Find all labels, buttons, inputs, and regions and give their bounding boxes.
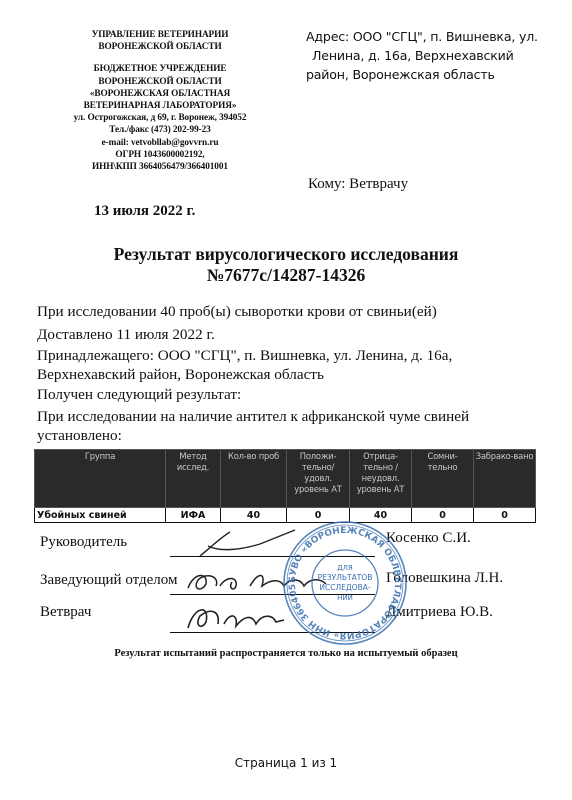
org-ogrn: ОГРН 1043600002192, — [40, 149, 280, 161]
org-phone: Тел./факс (473) 202-99-23 — [40, 124, 280, 136]
org-line: БЮДЖЕТНОЕ УЧРЕЖДЕНИЕ — [40, 63, 280, 75]
body-owner-cont: Верхнехавский район, Воронежская область — [37, 365, 557, 384]
recipient-address: Адрес: ООО "СГЦ", п. Вишневка, ул. Ленин… — [306, 27, 556, 84]
cell-count: 40 — [221, 508, 287, 523]
signature-scribble-vet-icon — [180, 600, 290, 634]
document-body: При исследовании 40 проб(ы) сыворотки кр… — [37, 301, 557, 445]
stamp-inner-line: РЕЗУЛЬТАТОВ — [318, 573, 373, 582]
col-header-group: Группа — [35, 450, 166, 508]
stamp-inner-line: ДЛЯ — [337, 564, 353, 572]
col-header-count: Кол-во проб — [221, 450, 287, 508]
address-line: Адрес: ООО "СГЦ", п. Вишневка, ул. — [306, 27, 556, 46]
body-owner: Принадлежащего: ООО "СГЦ", п. Вишневка, … — [37, 346, 557, 365]
cell-rejected: 0 — [474, 508, 536, 523]
table-header-row: Группа Метод исслед. Кол-во проб Положи-… — [35, 450, 536, 508]
org-line: УПРАВЛЕНИЕ ВЕТЕРИНАРИИ — [40, 29, 280, 41]
org-line: ВОРОНЕЖСКОЙ ОБЛАСТИ — [40, 76, 280, 88]
address-line: район, Воронежская область — [306, 65, 556, 84]
col-header-rejected: Забрако-вано — [474, 450, 536, 508]
stamp-inner-line: ИССЛЕДОВА- — [319, 583, 371, 592]
address-line: Ленина, д. 16а, Верхнехавский — [306, 46, 556, 65]
official-stamp-icon: БУВО «ВОРОНЕЖСКАЯ ОБЛВЕТЛАБОРАТОРИЯ» ИНН… — [282, 520, 408, 646]
cell-doubtful: 0 — [412, 508, 474, 523]
body-result-intro: Получен следующий результат: — [37, 384, 557, 407]
title-line: Результат вирусологического исследования — [0, 244, 572, 265]
organization-header: УПРАВЛЕНИЕ ВЕТЕРИНАРИИ ВОРОНЕЖСКОЙ ОБЛАС… — [40, 29, 280, 173]
cell-method: ИФА — [166, 508, 221, 523]
stamp-inner-line: НИИ — [337, 594, 353, 602]
cell-group: Убойных свиней — [35, 508, 166, 523]
org-address: ул. Острогожская, д 69, г. Воронеж, 3940… — [40, 112, 280, 124]
signature-role-vet: Ветврач — [40, 604, 91, 621]
col-header-positive: Положи-тельно/ удовл. уровень АТ — [287, 450, 350, 508]
recipient: Кому: Ветврачу — [308, 176, 408, 193]
body-delivered: Доставлено 11 июля 2022 г. — [37, 324, 557, 347]
signature-role-head: Руководитель — [40, 534, 127, 551]
org-email: e-mail: vetvobllab@govvrn.ru — [40, 137, 280, 149]
col-header-negative: Отрица-тельно / неудовл. уровень АТ — [350, 450, 412, 508]
body-samples: При исследовании 40 проб(ы) сыворотки кр… — [37, 301, 557, 324]
org-inn: ИНН\КПП 3664056479/366401001 — [40, 161, 280, 173]
page-number: Страница 1 из 1 — [0, 756, 572, 770]
results-table: Группа Метод исслед. Кол-во проб Положи-… — [34, 449, 536, 523]
document-number: №7677с/14287-14326 — [0, 265, 572, 286]
disclaimer-note: Результат испытаний распространяется тол… — [0, 648, 572, 659]
body-test-desc: При исследовании на наличие антител к аф… — [37, 407, 557, 426]
org-line: «ВОРОНЕЖСКАЯ ОБЛАСТНАЯ — [40, 88, 280, 100]
body-established: установлено: — [37, 426, 557, 445]
document-title: Результат вирусологического исследования… — [0, 244, 572, 286]
col-header-method: Метод исслед. — [166, 450, 221, 508]
document-date: 13 июля 2022 г. — [94, 203, 195, 220]
org-line: ВОРОНЕЖСКОЙ ОБЛАСТИ — [40, 41, 280, 53]
signature-role-dept: Заведующий отделом — [40, 572, 177, 589]
org-line: ВЕТЕРИНАРНАЯ ЛАБОРАТОРИЯ» — [40, 100, 280, 112]
col-header-doubtful: Сомни-тельно — [412, 450, 474, 508]
